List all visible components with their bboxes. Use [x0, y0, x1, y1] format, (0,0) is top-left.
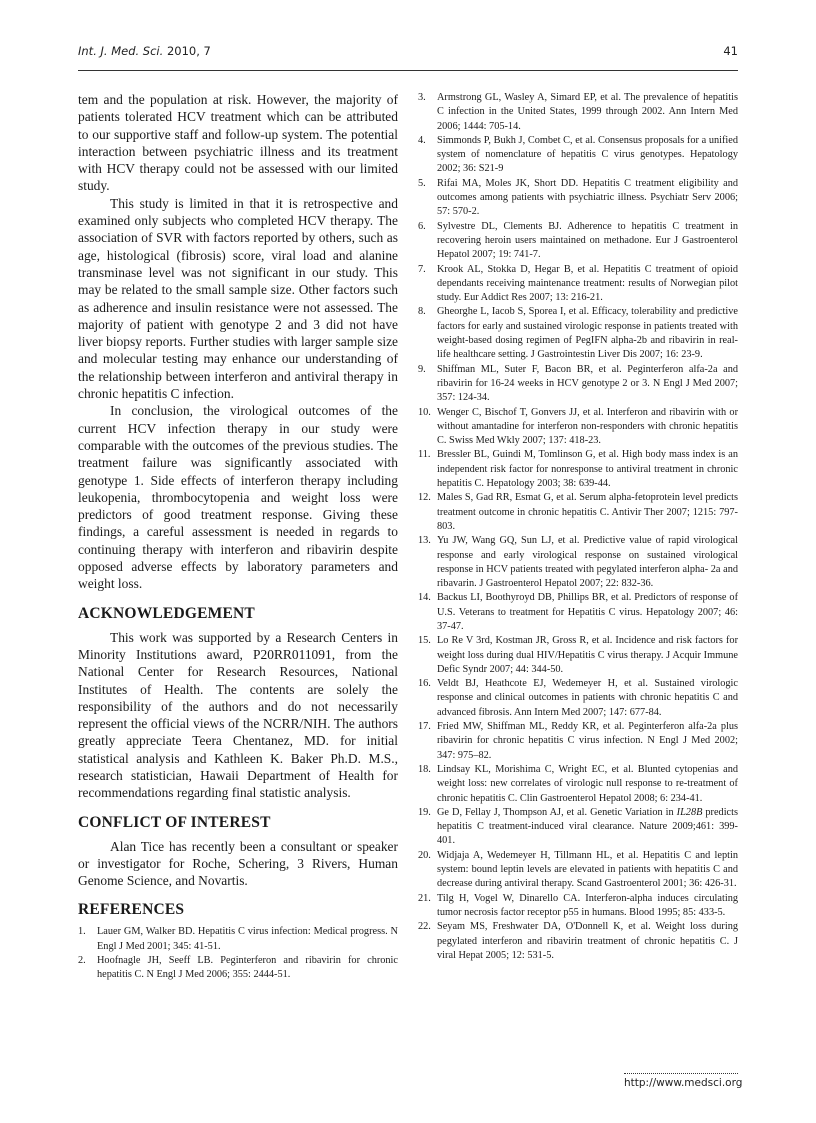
- reference-number: 1.: [78, 925, 86, 939]
- right-column: 3.Armstrong GL, Wasley A, Simard EP, et …: [418, 91, 738, 963]
- reference-item: 10.Wenger C, Bischof T, Gonvers JJ, et a…: [418, 406, 738, 449]
- reference-item: 2.Hoofnagle JH, Seeff LB. Peginterferon …: [78, 954, 398, 983]
- reference-text: Veldt BJ, Heathcote EJ, Wedemeyer H, et …: [437, 678, 738, 718]
- reference-number: 12.: [418, 491, 431, 505]
- reference-number: 7.: [418, 263, 426, 277]
- reference-text: Yu JW, Wang GQ, Sun LJ, et al. Predictiv…: [437, 535, 738, 589]
- paragraph-limitations: This study is limited in that it is retr…: [78, 195, 398, 403]
- reference-text: Fried MW, Shiffman ML, Reddy KR, et al. …: [437, 721, 738, 761]
- reference-text: Shiffman ML, Suter F, Bacon BR, et al. P…: [437, 364, 738, 404]
- reference-number: 20.: [418, 849, 431, 863]
- left-column: tem and the population at risk. However,…: [78, 91, 398, 983]
- gene-name: IL28B: [677, 807, 703, 818]
- reference-text: Lo Re V 3rd, Kostman JR, Gross R, et al.…: [437, 635, 738, 675]
- reference-number: 16.: [418, 677, 431, 691]
- paragraph-continuation: tem and the population at risk. However,…: [78, 91, 398, 195]
- footer-url-link[interactable]: http://www.medsci.org: [624, 1077, 742, 1089]
- reference-text: Sylvestre DL, Clements BJ. Adherence to …: [437, 221, 738, 261]
- reference-number: 2.: [78, 954, 86, 968]
- reference-item: 20.Widjaja A, Wedemeyer H, Tillmann HL, …: [418, 849, 738, 892]
- references-heading: REFERENCES: [78, 901, 398, 919]
- reference-number: 9.: [418, 363, 426, 377]
- reference-item: 15.Lo Re V 3rd, Kostman JR, Gross R, et …: [418, 634, 738, 677]
- reference-item: 5.Rifai MA, Moles JK, Short DD. Hepatiti…: [418, 177, 738, 220]
- reference-text: Lauer GM, Walker BD. Hepatitis C virus i…: [97, 926, 398, 951]
- reference-text: Males S, Gad RR, Esmat G, et al. Serum a…: [437, 492, 738, 532]
- reference-item: 12.Males S, Gad RR, Esmat G, et al. Seru…: [418, 491, 738, 534]
- reference-text: Seyam MS, Freshwater DA, O'Donnell K, et…: [437, 921, 738, 961]
- reference-number: 14.: [418, 591, 431, 605]
- reference-text: Gheorghe L, Iacob S, Sporea I, et al. Ef…: [437, 306, 738, 360]
- reference-number: 17.: [418, 720, 431, 734]
- reference-item: 6.Sylvestre DL, Clements BJ. Adherence t…: [418, 220, 738, 263]
- reference-item: 22.Seyam MS, Freshwater DA, O'Donnell K,…: [418, 920, 738, 963]
- reference-number: 6.: [418, 220, 426, 234]
- reference-item: 11.Bressler BL, Guindi M, Tomlinson G, e…: [418, 448, 738, 491]
- reference-number: 5.: [418, 177, 426, 191]
- reference-number: 10.: [418, 406, 431, 420]
- reference-text: Hoofnagle JH, Seeff LB. Peginterferon an…: [97, 955, 398, 980]
- reference-text: Krook AL, Stokka D, Hegar B, et al. Hepa…: [437, 264, 738, 304]
- reference-text: Lindsay KL, Morishima C, Wright EC, et a…: [437, 764, 738, 804]
- journal-page: Int. J. Med. Sci. 2010, 7 41 tem and the…: [0, 0, 816, 1123]
- reference-list-right: 3.Armstrong GL, Wasley A, Simard EP, et …: [418, 91, 738, 963]
- conflict-text: Alan Tice has recently been a consultant…: [78, 838, 398, 890]
- reference-text: Rifai MA, Moles JK, Short DD. Hepatitis …: [437, 178, 738, 218]
- conflict-heading: CONFLICT OF INTEREST: [78, 814, 398, 832]
- reference-text: Backus LI, Boothyroyd DB, Phillips BR, e…: [437, 592, 738, 632]
- journal-name: Int. J. Med. Sci.: [78, 44, 163, 58]
- footer-divider: [624, 1073, 738, 1074]
- reference-item: 18.Lindsay KL, Morishima C, Wright EC, e…: [418, 763, 738, 806]
- reference-number: 21.: [418, 892, 431, 906]
- header-divider: [78, 70, 738, 71]
- reference-list-left: 1.Lauer GM, Walker BD. Hepatitis C virus…: [78, 925, 398, 982]
- reference-number: 19.: [418, 806, 431, 820]
- reference-number: 11.: [418, 448, 431, 462]
- reference-item: 14.Backus LI, Boothyroyd DB, Phillips BR…: [418, 591, 738, 634]
- reference-number: 3.: [418, 91, 426, 105]
- journal-year-volume: 2010, 7: [163, 44, 211, 58]
- reference-item: 3.Armstrong GL, Wasley A, Simard EP, et …: [418, 91, 738, 134]
- reference-text-before: Ge D, Fellay J, Thompson AJ, et al. Gene…: [437, 807, 677, 818]
- reference-item: 4.Simmonds P, Bukh J, Combet C, et al. C…: [418, 134, 738, 177]
- reference-item: 13.Yu JW, Wang GQ, Sun LJ, et al. Predic…: [418, 534, 738, 591]
- journal-citation: Int. J. Med. Sci. 2010, 7: [78, 44, 211, 58]
- reference-text: Widjaja A, Wedemeyer H, Tillmann HL, et …: [437, 850, 738, 890]
- reference-text: Simmonds P, Bukh J, Combet C, et al. Con…: [437, 135, 738, 175]
- reference-item: 21.Tilg H, Vogel W, Dinarello CA. Interf…: [418, 892, 738, 921]
- reference-number: 18.: [418, 763, 431, 777]
- reference-number: 22.: [418, 920, 431, 934]
- running-header: Int. J. Med. Sci. 2010, 7 41: [78, 44, 738, 68]
- reference-item: 8.Gheorghe L, Iacob S, Sporea I, et al. …: [418, 305, 738, 362]
- reference-text: Wenger C, Bischof T, Gonvers JJ, et al. …: [437, 407, 738, 447]
- acknowledgement-text: This work was supported by a Research Ce…: [78, 629, 398, 802]
- reference-item: 1.Lauer GM, Walker BD. Hepatitis C virus…: [78, 925, 398, 954]
- reference-number: 8.: [418, 305, 426, 319]
- reference-item: 19.Ge D, Fellay J, Thompson AJ, et al. G…: [418, 806, 738, 849]
- reference-text: Tilg H, Vogel W, Dinarello CA. Interfero…: [437, 893, 738, 918]
- reference-number: 13.: [418, 534, 431, 548]
- reference-item: 17.Fried MW, Shiffman ML, Reddy KR, et a…: [418, 720, 738, 763]
- reference-text: Bressler BL, Guindi M, Tomlinson G, et a…: [437, 449, 738, 489]
- reference-item: 7.Krook AL, Stokka D, Hegar B, et al. He…: [418, 263, 738, 306]
- page-number: 41: [723, 44, 738, 58]
- reference-text: Armstrong GL, Wasley A, Simard EP, et al…: [437, 92, 738, 132]
- paragraph-conclusion: In conclusion, the virological outcomes …: [78, 402, 398, 592]
- reference-item: 16.Veldt BJ, Heathcote EJ, Wedemeyer H, …: [418, 677, 738, 720]
- reference-item: 9.Shiffman ML, Suter F, Bacon BR, et al.…: [418, 363, 738, 406]
- acknowledgement-heading: ACKNOWLEDGEMENT: [78, 605, 398, 623]
- reference-number: 15.: [418, 634, 431, 648]
- reference-number: 4.: [418, 134, 426, 148]
